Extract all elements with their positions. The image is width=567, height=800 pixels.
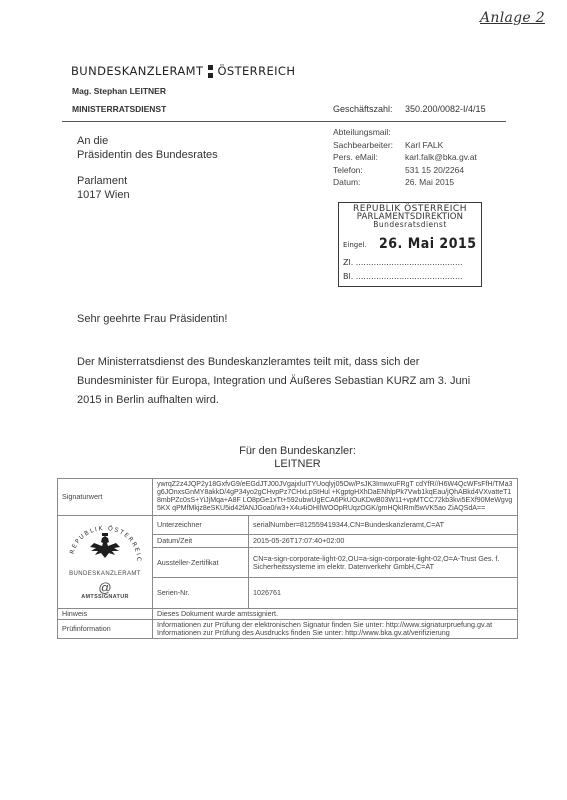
recipient-line: Parlament bbox=[77, 175, 218, 189]
pruefinformation-label: Prüfinformation bbox=[58, 620, 153, 639]
recipient-address: An die Präsidentin des Bundesrates Parla… bbox=[77, 135, 218, 202]
hinweis-value: Dieses Dokument wurde amtssigniert. bbox=[153, 609, 518, 620]
org-name-right: ÖSTERREICH bbox=[217, 64, 295, 78]
emblem-org: BUNDESKANZLERAMT bbox=[60, 570, 150, 578]
signaturwert-label: Signaturwert bbox=[58, 479, 153, 516]
row-label: Datum/Zeit bbox=[153, 535, 249, 548]
stamp-bl-line: Bl. ....................................… bbox=[343, 272, 475, 281]
contact-label: Sachbearbeiter: bbox=[333, 139, 405, 152]
row-label: Aussteller-Zertifikat bbox=[153, 548, 249, 578]
contact-row: Pers. eMail:karl.falk@bka.gv.at bbox=[333, 151, 477, 164]
table-row: Hinweis Dieses Dokument wurde amtssignie… bbox=[58, 609, 518, 620]
recipient-line: Präsidentin des Bundesrates bbox=[77, 149, 218, 163]
salutation: Sehr geehrte Frau Präsidentin! bbox=[77, 313, 227, 325]
sender-name: Mag. Stephan LEITNER bbox=[72, 86, 166, 96]
row-value: serialNumber=812559419344,CN=Bundeskanzl… bbox=[249, 516, 518, 535]
contact-label: Pers. eMail: bbox=[333, 151, 405, 164]
amtssignatur-label: AMTSSIGNATUR bbox=[81, 593, 129, 601]
contact-value: Karl FALK bbox=[405, 139, 443, 152]
contact-info: Abteilungsmail: Sachbearbeiter:Karl FALK… bbox=[333, 126, 477, 189]
letterhead-logo: BUNDESKANZLERAMT ÖSTERREICH bbox=[71, 64, 295, 78]
row-label: Serien-Nr. bbox=[153, 578, 249, 609]
handwritten-annotation: Anlage 2 bbox=[480, 10, 545, 26]
pruef-line[interactable]: Informationen zur Prüfung des Ausdrucks … bbox=[157, 629, 513, 637]
row-value: 2015-05-26T17:07:40+02:00 bbox=[249, 535, 518, 548]
coat-of-arms-icon: REPUBLIK ÖSTERREICH bbox=[65, 524, 145, 568]
header-divider bbox=[62, 121, 506, 122]
signature-name: LEITNER bbox=[0, 458, 567, 470]
signature-block-table: Signaturwert ywrqZ2z4JQP2y18GxfvG9/eEGdJ… bbox=[57, 478, 518, 639]
contact-label: Abteilungsmail: bbox=[333, 126, 405, 139]
contact-value: 531 15 20/2264 bbox=[405, 164, 464, 177]
reference-label: Geschäftszahl: bbox=[333, 104, 393, 114]
stamp-line-3: Bundesratsdienst bbox=[339, 221, 481, 229]
contact-label: Datum: bbox=[333, 176, 405, 189]
contact-email[interactable]: karl.falk@bka.gv.at bbox=[405, 151, 477, 164]
row-label: Unterzeichner bbox=[153, 516, 249, 535]
pruefinformation-value: Informationen zur Prüfung der elektronis… bbox=[153, 620, 518, 639]
table-row: Prüfinformation Informationen zur Prüfun… bbox=[58, 620, 518, 639]
stamp-received-date: 26. Mai 2015 bbox=[379, 236, 476, 252]
contact-label: Telefon: bbox=[333, 164, 405, 177]
contact-row: Telefon:531 15 20/2264 bbox=[333, 164, 477, 177]
body-text: Der Ministerratsdienst des Bundeskanzler… bbox=[77, 353, 497, 410]
hinweis-label: Hinweis bbox=[58, 609, 153, 620]
contact-row: Datum:26. Mai 2015 bbox=[333, 176, 477, 189]
received-stamp: REPUBLIK ÖSTERREICH PARLAMENTSDIREKTION … bbox=[338, 202, 482, 287]
signature-line: Für den Bundeskanzler: bbox=[0, 445, 567, 457]
recipient-line: 1017 Wien bbox=[77, 189, 218, 203]
logo-squares-icon bbox=[208, 65, 213, 78]
contact-row: Sachbearbeiter:Karl FALK bbox=[333, 139, 477, 152]
row-value: CN=a-sign-corporate-light-02,OU=a-sign-c… bbox=[249, 548, 518, 578]
amtssignatur-emblem: REPUBLIK ÖSTERREICH BUNDESKANZLERAMT @ A… bbox=[58, 516, 153, 609]
at-sign-icon: @ bbox=[98, 582, 111, 593]
contact-value: 26. Mai 2015 bbox=[405, 176, 454, 189]
recipient-line: An die bbox=[77, 135, 218, 149]
table-row: REPUBLIK ÖSTERREICH BUNDESKANZLERAMT @ A… bbox=[58, 516, 518, 535]
row-value: 1026761 bbox=[249, 578, 518, 609]
stamp-zl-line: Zl. ....................................… bbox=[343, 258, 475, 267]
amtssignatur-logo: @ AMTSSIGNATUR bbox=[60, 582, 150, 601]
org-name-left: BUNDESKANZLERAMT bbox=[71, 64, 203, 78]
table-row: Signaturwert ywrqZ2z4JQP2y18GxfvG9/eEGdJ… bbox=[58, 479, 518, 516]
reference-value: 350.200/0082-I/4/15 bbox=[405, 104, 486, 114]
signaturwert-value: ywrqZ2z4JQP2y18GxfvG9/eEGdJTJ00JVgajxluI… bbox=[153, 479, 518, 516]
department: MINISTERRATSDIENST bbox=[72, 104, 166, 114]
contact-row: Abteilungsmail: bbox=[333, 126, 477, 139]
stamp-received-label: Eingel. bbox=[343, 241, 367, 249]
